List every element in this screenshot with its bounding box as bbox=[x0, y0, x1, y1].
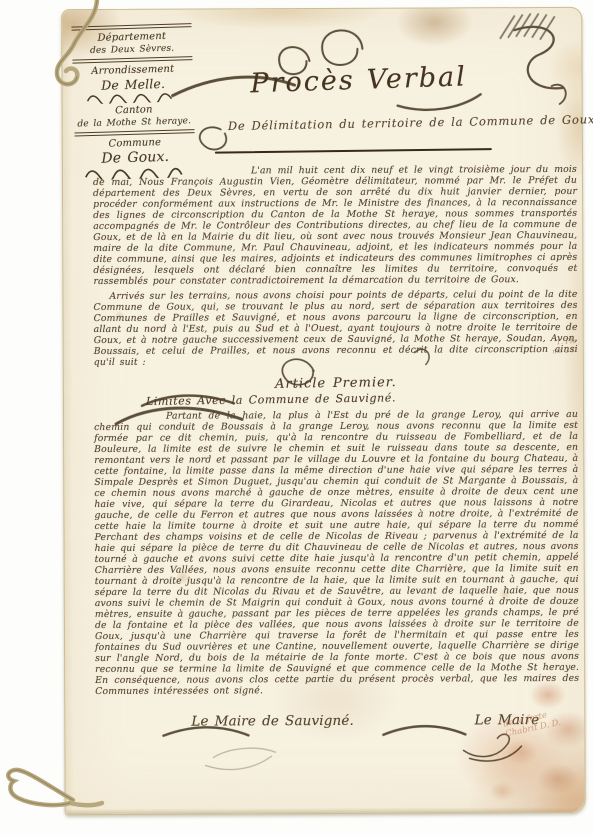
document-title: Procès Verbal bbox=[190, 59, 527, 101]
scanned-document-photo: Département des Deux Sèvres. Arrondissem… bbox=[0, 0, 593, 836]
opening-paragraph: L'an mil huit cent dix neuf et le vingt … bbox=[93, 164, 578, 287]
document-page: Département des Deux Sèvres. Arrondissem… bbox=[61, 7, 586, 815]
document-subtitle: De Délimitation du territoire de la Comm… bbox=[209, 112, 593, 134]
double-rule bbox=[72, 56, 192, 63]
boundary-description-paragraph: Partant de la haie, la plus à l'Est du p… bbox=[94, 409, 579, 697]
marginal-note: 1. Ple ms 2 D bbox=[546, 337, 577, 357]
canton-value: de la Mothe St heraye. bbox=[74, 115, 194, 130]
document-body: L'an mil huit cent dix neuf et le vingt … bbox=[93, 164, 579, 730]
double-rule bbox=[75, 129, 195, 136]
title-underline-rule bbox=[215, 148, 492, 154]
margin-header-block: Département des Deux Sèvres. Arrondissem… bbox=[71, 21, 195, 182]
signature-left-label: Le Maire de Sauvigné. bbox=[191, 713, 354, 730]
double-rule bbox=[71, 23, 191, 30]
arrival-paragraph: Arrivés sur les terrains, nous avons cho… bbox=[93, 289, 577, 368]
wavy-flourish-line bbox=[85, 91, 181, 104]
department-value: des Deux Sèvres. bbox=[72, 42, 192, 57]
